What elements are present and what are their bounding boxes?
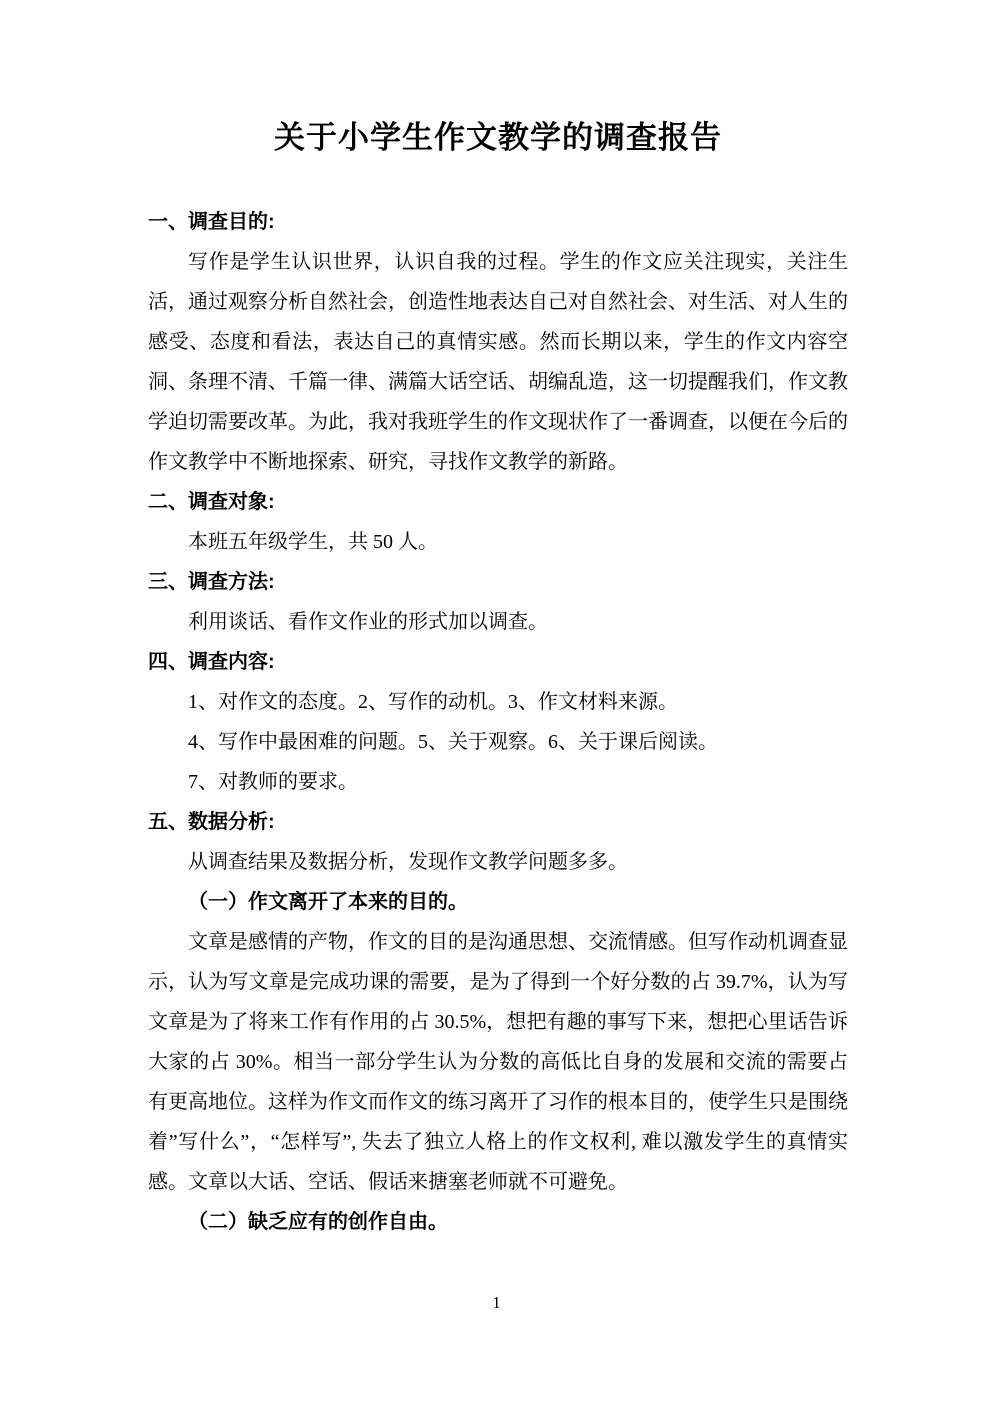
paragraph: 1、对作文的态度。2、写作的动机。3、作文材料来源。 [148, 682, 848, 722]
paragraph: 从调查结果及数据分析，发现作文教学问题多多。 [148, 842, 848, 882]
document-page: 关于小学生作文教学的调查报告 一、调查目的:写作是学生认识世界，认识自我的过程。… [0, 0, 993, 1404]
paragraph: 本班五年级学生，共 50 人。 [148, 522, 848, 562]
section-heading: 三、调查方法: [148, 562, 848, 602]
document-content: 关于小学生作文教学的调查报告 一、调查目的:写作是学生认识世界，认识自我的过程。… [148, 0, 848, 1242]
sub-heading: （二）缺乏应有的创作自由。 [148, 1202, 848, 1242]
section-heading: 二、调查对象: [148, 482, 848, 522]
paragraph: 利用谈话、看作文作业的形式加以调查。 [148, 602, 848, 642]
page-number: 1 [0, 1292, 993, 1314]
section-heading: 四、调查内容: [148, 642, 848, 682]
document-body: 一、调查目的:写作是学生认识世界，认识自我的过程。学生的作文应关注现实，关注生活… [148, 202, 848, 1242]
paragraph: 7、对教师的要求。 [148, 762, 848, 802]
paragraph: 文章是感情的产物，作文的目的是沟通思想、交流情感。但写作动机调查显示，认为写文章… [148, 922, 848, 1202]
sub-heading: （一）作文离开了本来的目的。 [148, 882, 848, 922]
paragraph: 写作是学生认识世界，认识自我的过程。学生的作文应关注现实，关注生活，通过观察分析… [148, 242, 848, 482]
document-title: 关于小学生作文教学的调查报告 [148, 116, 848, 160]
section-heading: 五、数据分析: [148, 802, 848, 842]
section-heading: 一、调查目的: [148, 202, 848, 242]
paragraph: 4、写作中最困难的问题。5、关于观察。6、关于课后阅读。 [148, 722, 848, 762]
